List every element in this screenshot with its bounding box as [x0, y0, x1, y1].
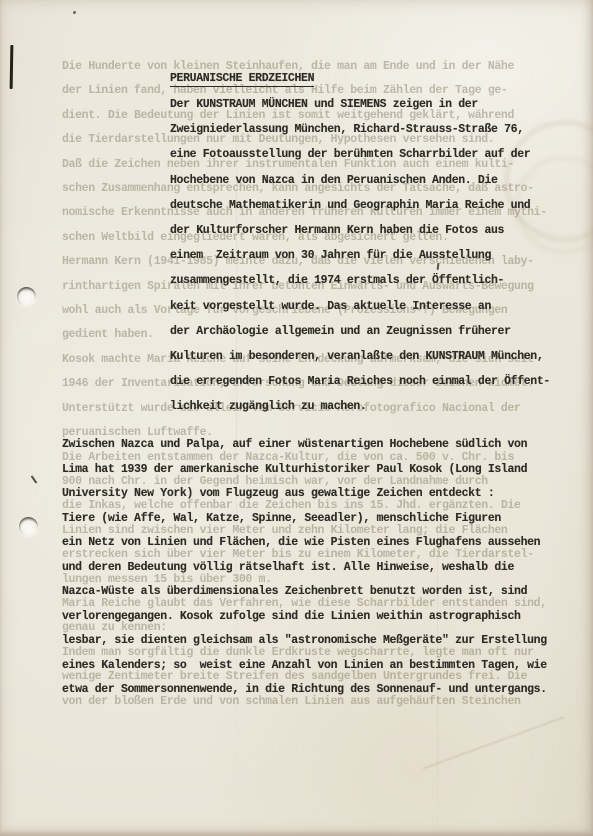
document-title: PERUANISCHE ERDZEICHEN [170, 72, 314, 87]
punch-hole-bottom [19, 517, 38, 536]
scanned-document: Die Hunderte von kleinen Steinhaufen, di… [0, 0, 593, 836]
paragraph-body: Zwischen Nazca und Palpa, auf einer wüst… [62, 433, 547, 703]
paragraph-intro: Der KUNSTRAUM MÜNCHEN und SIEMENS zeigen… [170, 92, 550, 420]
paper-speck [73, 11, 76, 14]
punch-hole-top [17, 287, 36, 306]
